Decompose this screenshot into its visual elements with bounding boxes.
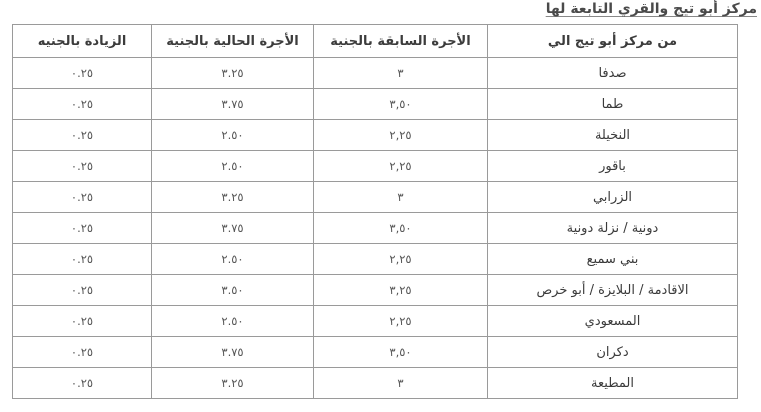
fares-table: من مركز أبو تيج الي الأجرة السابقة بالجن… xyxy=(12,24,738,399)
table-row: المطيعة ٣ ٣.٢٥ ٠.٢٥ xyxy=(13,368,738,399)
table-row: النخيلة ٢,٢٥ ٢.٥٠ ٠.٢٥ xyxy=(13,120,738,151)
cell-current-fare: ٣.٧٥ xyxy=(152,213,314,244)
cell-increase: ٠.٢٥ xyxy=(13,368,152,399)
table-row: الزرابي ٣ ٣.٢٥ ٠.٢٥ xyxy=(13,182,738,213)
cell-current-fare: ٢.٥٠ xyxy=(152,244,314,275)
cell-current-fare: ٣.٢٥ xyxy=(152,368,314,399)
cell-increase: ٠.٢٥ xyxy=(13,58,152,89)
cell-current-fare: ٣.٧٥ xyxy=(152,337,314,368)
cell-previous-fare: ٣ xyxy=(314,368,488,399)
header-current-fare: الأجرة الحالية بالجنية xyxy=(152,25,314,58)
cell-increase: ٠.٢٥ xyxy=(13,182,152,213)
header-increase: الزيادة بالجنيه xyxy=(13,25,152,58)
table-row: دكران ٣,٥٠ ٣.٧٥ ٠.٢٥ xyxy=(13,337,738,368)
cell-previous-fare: ٣,٥٠ xyxy=(314,213,488,244)
cell-destination: النخيلة xyxy=(488,120,738,151)
cell-increase: ٠.٢٥ xyxy=(13,151,152,182)
header-row: من مركز أبو تيج الي الأجرة السابقة بالجن… xyxy=(13,25,738,58)
cell-increase: ٠.٢٥ xyxy=(13,275,152,306)
cell-current-fare: ٢.٥٠ xyxy=(152,306,314,337)
cell-previous-fare: ٢,٢٥ xyxy=(314,244,488,275)
cell-previous-fare: ٣ xyxy=(314,58,488,89)
cell-previous-fare: ٢,٢٥ xyxy=(314,151,488,182)
cell-previous-fare: ٢,٢٥ xyxy=(314,120,488,151)
cell-destination: بني سميع xyxy=(488,244,738,275)
cell-destination: المسعودي xyxy=(488,306,738,337)
cell-previous-fare: ٣,٥٠ xyxy=(314,337,488,368)
document-title: مركز أبو تيج والقري التابعة لها xyxy=(546,1,757,17)
cell-destination: باقور xyxy=(488,151,738,182)
table-row: باقور ٢,٢٥ ٢.٥٠ ٠.٢٥ xyxy=(13,151,738,182)
cell-current-fare: ٢.٥٠ xyxy=(152,120,314,151)
table-body: صدفا ٣ ٣.٢٥ ٠.٢٥ طما ٣,٥٠ ٣.٧٥ ٠.٢٥ النخ… xyxy=(13,58,738,399)
cell-destination: الزرابي xyxy=(488,182,738,213)
cell-previous-fare: ٣,٥٠ xyxy=(314,89,488,120)
cell-destination: صدفا xyxy=(488,58,738,89)
cell-destination: دكران xyxy=(488,337,738,368)
cell-destination: الاقادمة / البلايزة / أبو خرص xyxy=(488,275,738,306)
cell-increase: ٠.٢٥ xyxy=(13,244,152,275)
cell-current-fare: ٣.٢٥ xyxy=(152,58,314,89)
cell-increase: ٠.٢٥ xyxy=(13,213,152,244)
cell-increase: ٠.٢٥ xyxy=(13,89,152,120)
header-previous-fare: الأجرة السابقة بالجنية xyxy=(314,25,488,58)
table-row: دونية / نزلة دونية ٣,٥٠ ٣.٧٥ ٠.٢٥ xyxy=(13,213,738,244)
cell-current-fare: ٣.٢٥ xyxy=(152,182,314,213)
cell-destination: دونية / نزلة دونية xyxy=(488,213,738,244)
cell-increase: ٠.٢٥ xyxy=(13,337,152,368)
cell-current-fare: ٣.٥٠ xyxy=(152,275,314,306)
cell-destination: طما xyxy=(488,89,738,120)
cell-previous-fare: ٢,٢٥ xyxy=(314,306,488,337)
table-row: بني سميع ٢,٢٥ ٢.٥٠ ٠.٢٥ xyxy=(13,244,738,275)
table-row: طما ٣,٥٠ ٣.٧٥ ٠.٢٥ xyxy=(13,89,738,120)
cell-previous-fare: ٣,٢٥ xyxy=(314,275,488,306)
table-row: المسعودي ٢,٢٥ ٢.٥٠ ٠.٢٥ xyxy=(13,306,738,337)
cell-destination: المطيعة xyxy=(488,368,738,399)
cell-current-fare: ٣.٧٥ xyxy=(152,89,314,120)
table-row: صدفا ٣ ٣.٢٥ ٠.٢٥ xyxy=(13,58,738,89)
header-destination: من مركز أبو تيج الي xyxy=(488,25,738,58)
cell-increase: ٠.٢٥ xyxy=(13,306,152,337)
table-row: الاقادمة / البلايزة / أبو خرص ٣,٢٥ ٣.٥٠ … xyxy=(13,275,738,306)
cell-increase: ٠.٢٥ xyxy=(13,120,152,151)
cell-previous-fare: ٣ xyxy=(314,182,488,213)
cell-current-fare: ٢.٥٠ xyxy=(152,151,314,182)
